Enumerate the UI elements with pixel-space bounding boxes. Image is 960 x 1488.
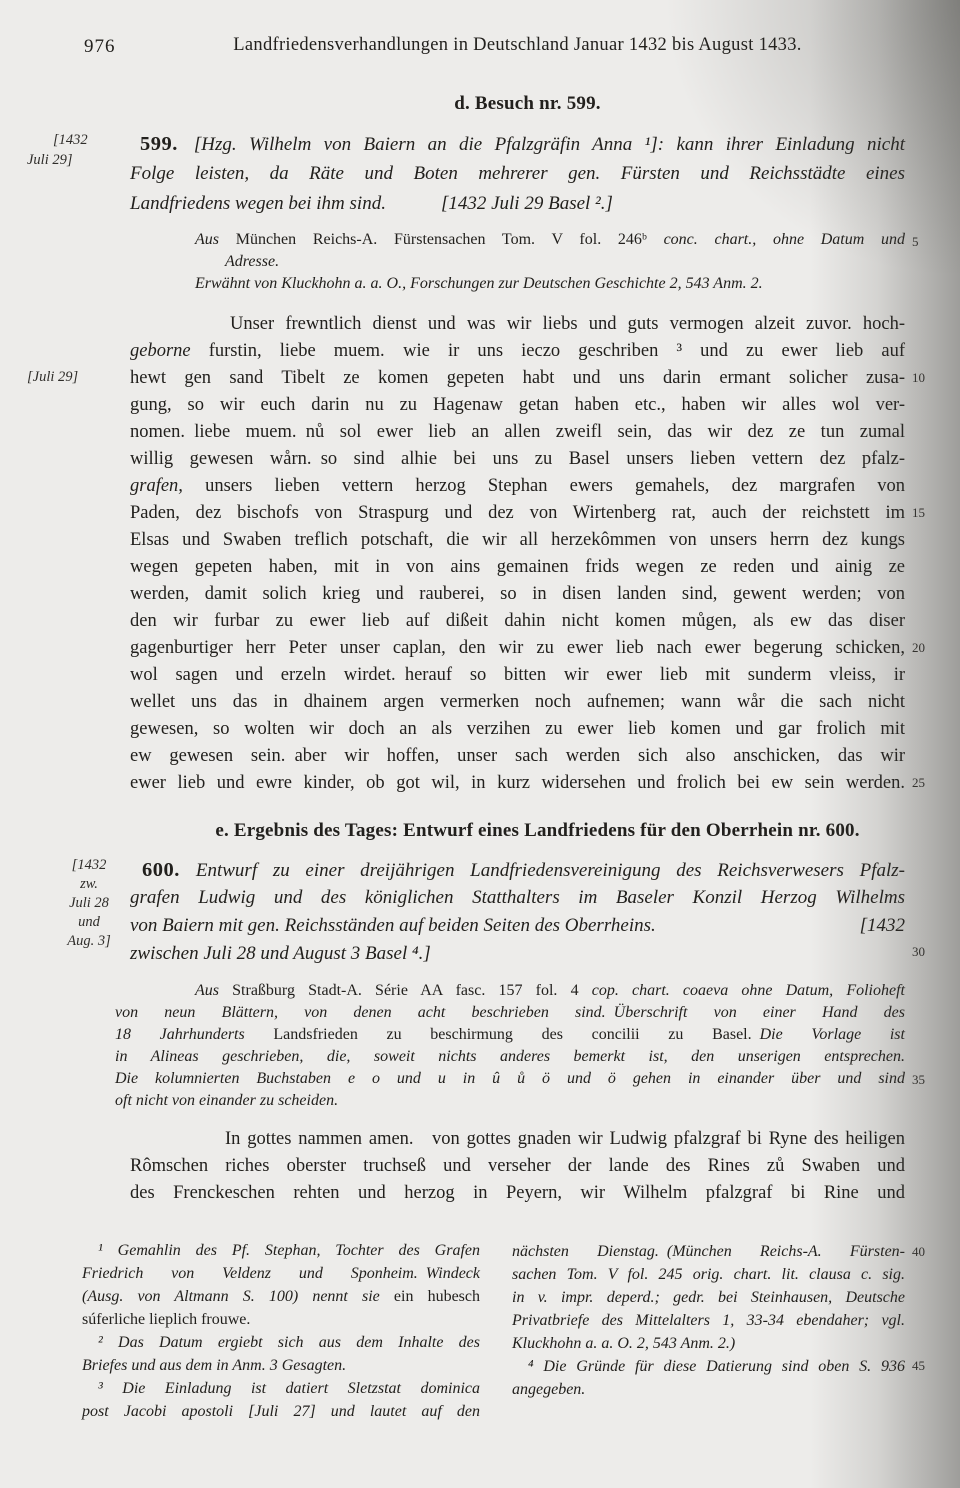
letter-line-text: unsers lieben vettern herzog Stephan ewe… [183, 476, 905, 496]
line-number: 30 [912, 944, 942, 960]
letter-line-text: werden, damit solich krieg und rauberei,… [130, 584, 905, 604]
source-line: Adresse. [195, 251, 905, 273]
margin-note-599: [1432 Juli 29] [27, 130, 131, 170]
footnote-line: in v. impr. deperd.; gedr. bei Steinhaus… [512, 1286, 905, 1309]
source-text: Aus [195, 231, 236, 248]
letter-line-italic: grafen, [130, 476, 183, 496]
source-text: 18 Jahrhunderts [115, 1026, 273, 1043]
footnote-line: Privatbriefe des Mittelalters 1, 33-34 e… [512, 1309, 905, 1332]
summary-text: [Hzg. Wilhelm von Baiern an die Pfalzgrä… [194, 134, 905, 155]
entry-number: 600. [142, 859, 180, 881]
source-line: von neun Blättern, von denen acht beschr… [115, 1002, 905, 1024]
summary-line: Folge leisten, da Räte und Boten mehrere… [130, 159, 905, 189]
letter-line: grafen, unsers lieben vettern herzog Ste… [130, 473, 905, 500]
letter-line: wegen gepeten haben, mit in von ains gem… [130, 554, 905, 581]
document-text-600: In gottes nammen amen. von gottes gnaden… [130, 1126, 905, 1207]
footnote-quote: ein hubesch [394, 1288, 480, 1305]
summary-line: 599.[Hzg. Wilhelm von Baiern an die Pfal… [130, 129, 905, 159]
margin-note-line: zw. [46, 875, 132, 894]
margin-note-600: [1432 zw. Juli 28 und Aug. 3] [46, 856, 132, 951]
summary-text: Entwurf zu einer dreijährigen Landfriede… [196, 860, 905, 881]
footnote-line: ² Das Datum ergiebt sich aus dem Inhalte… [82, 1331, 480, 1354]
line-number: 40 [912, 1244, 942, 1260]
archive-reference: München Reichs-A. Fürstensachen Tom. V f… [236, 231, 664, 248]
entry-600-summary: 600.Entwurf zu einer dreijährigen Landfr… [130, 856, 905, 968]
margin-note-juli29: [Juli 29] [27, 367, 78, 387]
margin-note-line: Juli 28 [46, 894, 132, 913]
entry-600-source-note: Aus Straßburg Stadt-A. Série AA fasc. 15… [115, 980, 905, 1112]
summary-line: Landfriedens wegen bei ihm sind.[1432 Ju… [130, 189, 905, 219]
letter-line: Unser frewntlich dienst und was wir lieb… [130, 311, 905, 338]
footnote-line: sachen Tom. V fol. 245 orig. chart. lit.… [512, 1263, 905, 1286]
margin-note-line: und [46, 913, 132, 932]
footnote-text: (Ausg. von Altmann S. 100) nennt sie [82, 1288, 394, 1305]
footnotes-right-column: nächsten Dienstag. (München Reichs-A. Fü… [512, 1240, 905, 1401]
letter-line-text: ew gewesen sein. aber wir hoffen, unser … [130, 746, 905, 766]
document-line: Rômschen riches oberster truchseß und ve… [130, 1153, 905, 1180]
letter-line: ew gewesen sein. aber wir hoffen, unser … [130, 743, 905, 770]
summary-line: zwischen Juli 28 und August 3 Basel ⁴.] [130, 940, 905, 968]
summary-text: Landfriedens wegen bei ihm sind. [130, 193, 386, 214]
footnote-line: (Ausg. von Altmann S. 100) nennt sie ein… [82, 1285, 480, 1308]
summary-text: von Baiern mit gen. Reichsständen auf be… [130, 912, 656, 940]
footnote-line: ⁴ Die Gründe für diese Datierung sind ob… [512, 1355, 905, 1378]
footnote-line: Briefes und aus dem in Anm. 3 Gesagten. [82, 1354, 480, 1377]
section-heading-e: e. Ergebnis des Tages: Entwurf eines Lan… [150, 820, 925, 842]
letter-line: nomen. liebe muem. nů sol ewer lieb an a… [130, 419, 905, 446]
letter-line: Elsas und Swaben treflich potschaft, die… [130, 527, 905, 554]
footnote-text: post Jacobi apostoli [Juli 27] und laute… [82, 1403, 480, 1420]
letter-line: den wir furbar zu ewer lieb auf dißeit d… [130, 608, 905, 635]
letter-line-text: wellet uns das in dhainem argen vermerke… [130, 692, 905, 712]
letter-line: wellet uns das in dhainem argen vermerke… [130, 689, 905, 716]
section-heading-d: d. Besuch nr. 599. [140, 93, 915, 115]
source-line: in Alineas geschrieben, die, soweit nich… [115, 1046, 905, 1068]
quoted-heading: Landsfrieden zu beschirmung des concilii… [273, 1026, 751, 1043]
document-line: des Frenckeschen rehten und herzog in Pe… [130, 1180, 905, 1207]
entry-599-summary: 599.[Hzg. Wilhelm von Baiern an die Pfal… [130, 129, 905, 219]
document-line: In gottes nammen amen. von gottes gnaden… [130, 1126, 905, 1153]
letter-line: gewesen, so wolten wir doch an als verzi… [130, 716, 905, 743]
summary-line: von Baiern mit gen. Reichsständen auf be… [130, 912, 905, 940]
entry-599-source-note: Aus München Reichs-A. Fürstensachen Tom.… [195, 229, 905, 295]
line-number: 20 [912, 640, 942, 656]
archive-reference: Straßburg Stadt-A. Série AA fasc. 157 fo… [232, 982, 592, 999]
line-number: 10 [912, 370, 942, 386]
footnote-text: Friedrich von Veldenz und Sponheim. Wind… [82, 1265, 480, 1282]
footnote-line: súferliche lieplich frouwe. [82, 1308, 480, 1331]
letter-line: willig gewesen wårn. so sind alhie bei u… [130, 446, 905, 473]
summary-date: [1432 Juli 29 Basel ².] [441, 193, 613, 214]
footnote-line: Kluckhohn a. a. O. 2, 543 Anm. 2.) [512, 1332, 905, 1355]
letter-line: wol sagen und erzeln wirdet. herauf so b… [130, 662, 905, 689]
letter-line-text: gagenburtiger herr Peter unser caplan, d… [130, 638, 905, 658]
line-number: 35 [912, 1072, 942, 1088]
letter-line: ewer lieb und ewre kinder, ob got wil, i… [130, 770, 905, 797]
letter-line: gagenburtiger herr Peter unser caplan, d… [130, 635, 905, 662]
source-text: Aus [195, 982, 232, 999]
letter-line-text: ewer lieb und ewre kinder, ob got wil, i… [130, 773, 905, 793]
footnote-text: ³ Die Einladung ist datiert Sletzstat do… [98, 1380, 480, 1397]
margin-note-line: Aug. 3] [46, 932, 132, 951]
source-line: Erwähnt von Kluckhohn a. a. O., Forschun… [195, 273, 905, 295]
source-line: Die kolumnierten Buchstaben e o und u in… [115, 1068, 905, 1090]
summary-date: [1432 [860, 912, 905, 940]
letter-line: gung, so wir euch darin nu zu Hagenaw ge… [130, 392, 905, 419]
letter-line-text: nomen. liebe muem. nů sol ewer lieb an a… [130, 422, 905, 442]
source-line: oft nicht von einander zu scheiden. [115, 1090, 905, 1112]
footnote-line: nächsten Dienstag. (München Reichs-A. Fü… [512, 1240, 905, 1263]
footnote-line: ³ Die Einladung ist datiert Sletzstat do… [82, 1377, 480, 1400]
source-text: conc. chart., ohne Datum und [664, 231, 905, 248]
letter-line: Paden, dez bischofs von Straspurg und de… [130, 500, 905, 527]
margin-note-line: Juli 29] [27, 150, 131, 170]
margin-note-line: [1432 [46, 856, 132, 875]
letter-line: hewt gen sand Tibelt ze komen gepeten ha… [130, 365, 905, 392]
letter-line: werden, damit solich krieg und rauberei,… [130, 581, 905, 608]
footnote-line: angegeben. [512, 1378, 905, 1401]
footnote-text: ² Das Datum ergiebt sich aus dem Inhalte… [98, 1334, 480, 1351]
summary-line: 600.Entwurf zu einer dreijährigen Landfr… [130, 856, 905, 884]
footnote-quote: súferliche lieplich frouwe. [82, 1311, 250, 1328]
letter-line-italic: geborne [130, 341, 191, 361]
line-number: 25 [912, 775, 942, 791]
letter-line-text: gung, so wir euch darin nu zu Hagenaw ge… [130, 395, 905, 415]
source-line: Aus München Reichs-A. Fürstensachen Tom.… [195, 229, 905, 251]
footnote-line: Friedrich von Veldenz und Sponheim. Wind… [82, 1262, 480, 1285]
summary-line: grafen Ludwig und des königlichen Statth… [130, 884, 905, 912]
line-number: 15 [912, 505, 942, 521]
source-line: 18 Jahrhunderts Landsfrieden zu beschirm… [115, 1024, 905, 1046]
scanned-book-page: 976 Landfriedensverhandlungen in Deutsch… [0, 0, 960, 1488]
letter-text-599: Unser frewntlich dienst und was wir lieb… [130, 311, 905, 797]
letter-line-text: furstin, liebe muem. wie ir uns ieczo ge… [191, 341, 905, 361]
letter-line-text: wegen gepeten haben, mit in von ains gem… [130, 557, 905, 577]
line-number: 45 [912, 1358, 942, 1374]
letter-line-text: Paden, dez bischofs von Straspurg und de… [130, 503, 905, 523]
letter-line-text: den wir furbar zu ewer lieb auf dißeit d… [130, 611, 905, 631]
running-title: Landfriedensverhandlungen in Deutschland… [130, 35, 905, 56]
source-text: Die Vorlage ist [752, 1026, 905, 1043]
entry-number: 599. [140, 133, 178, 155]
letter-line-text: gewesen, so wolten wir doch an als verzi… [130, 719, 905, 739]
footnote-line: ¹ Gemahlin des Pf. Stephan, Tochter des … [82, 1239, 480, 1262]
source-text: cop. chart. coaeva ohne Datum, Folioheft [592, 982, 905, 999]
footnote-line: post Jacobi apostoli [Juli 27] und laute… [82, 1400, 480, 1423]
letter-line-text: hewt gen sand Tibelt ze komen gepeten ha… [130, 368, 905, 388]
line-number: 5 [912, 234, 942, 250]
page-number: 976 [84, 36, 116, 58]
letter-line: geborne furstin, liebe muem. wie ir uns … [130, 338, 905, 365]
footnote-text: ¹ Gemahlin des Pf. Stephan, Tochter des … [98, 1242, 480, 1259]
letter-line-text: wol sagen und erzeln wirdet. herauf so b… [130, 665, 905, 685]
margin-note-line: [1432 [27, 130, 131, 150]
source-line: Aus Straßburg Stadt-A. Série AA fasc. 15… [115, 980, 905, 1002]
letter-line-text: Elsas und Swaben treflich potschaft, die… [130, 530, 905, 550]
footnote-text: Briefes und aus dem in Anm. 3 Gesagten. [82, 1357, 346, 1374]
footnotes-left-column: ¹ Gemahlin des Pf. Stephan, Tochter des … [82, 1239, 480, 1423]
letter-line-text: willig gewesen wårn. so sind alhie bei u… [130, 449, 905, 469]
letter-line-text: Unser frewntlich dienst und was wir lieb… [230, 314, 905, 334]
